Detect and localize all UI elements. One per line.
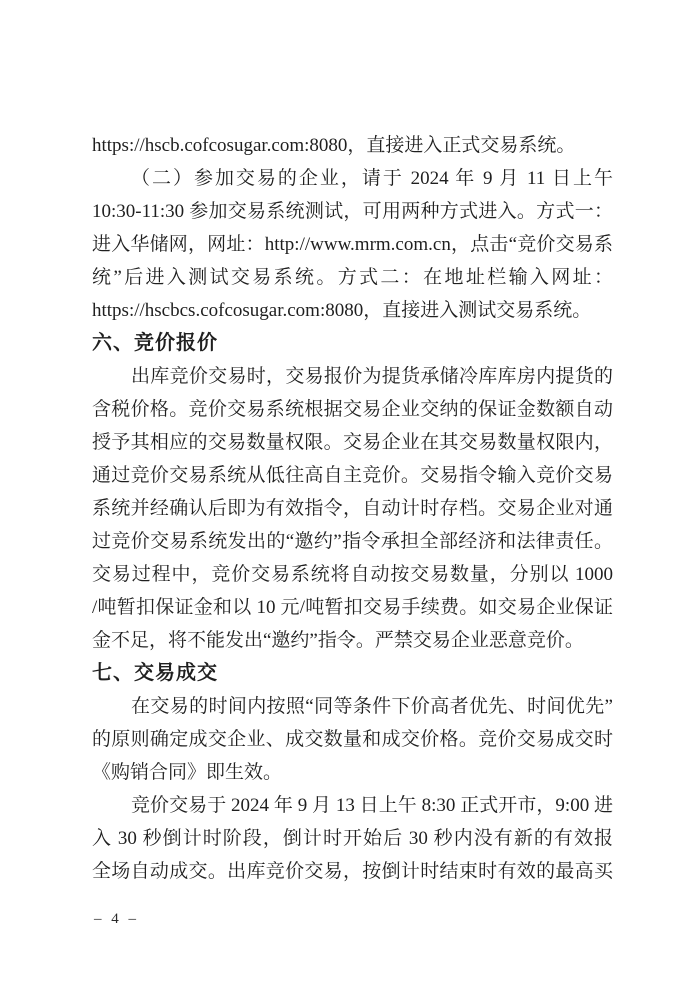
text-line: 的原则确定成交企业、成交数量和成交价格。竞价交易成交时 [92,723,613,756]
text-line: 系统并经确认后即为有效指令，自动计时存档。交易企业对通 [92,492,613,525]
text-line: https://hscbcs.cofcosugar.com:8080，直接进入测… [92,294,613,327]
text-line: /吨暂扣保证金和以 10 元/吨暂扣交易手续费。如交易企业保证 [92,591,613,624]
section-heading: 七、交易成交 [92,657,613,690]
text-line: 全场自动成交。出库竞价交易，按倒计时结束时有效的最高买 [92,855,613,888]
text-line: 进入华储网，网址：http://www.mrm.com.cn，点击“竞价交易系 [92,228,613,261]
text-line: （二）参加交易的企业，请于 2024 年 9 月 11 日上午 [92,162,613,195]
document-content: https://hscb.cofcosugar.com:8080，直接进入正式交… [92,129,613,888]
text-line: 统”后进入测试交易系统。方式二：在地址栏输入网址： [92,261,613,294]
text-line: https://hscb.cofcosugar.com:8080，直接进入正式交… [92,129,613,162]
text-line: 10:30-11:30 参加交易系统测试，可用两种方式进入。方式一： [92,195,613,228]
text-line: 《购销合同》即生效。 [92,756,613,789]
text-line: 过竞价交易系统发出的“邀约”指令承担全部经济和法律责任。 [92,525,613,558]
text-line: 含税价格。竞价交易系统根据交易企业交纳的保证金数额自动 [92,393,613,426]
text-line: 交易过程中，竞价交易系统将自动按交易数量，分别以 1000 元 [92,558,613,591]
text-line: 入 30 秒倒计时阶段，倒计时开始后 30 秒内没有新的有效报价， [92,822,613,855]
text-line: 出库竞价交易时，交易报价为提货承储冷库库房内提货的 [92,360,613,393]
document-page: https://hscb.cofcosugar.com:8080，直接进入正式交… [0,0,700,989]
text-line: 金不足，将不能发出“邀约”指令。严禁交易企业恶意竞价。 [92,624,613,657]
text-line: 通过竞价交易系统从低往高自主竞价。交易指令输入竞价交易 [92,459,613,492]
text-line: 授予其相应的交易数量权限。交易企业在其交易数量权限内， [92,426,613,459]
text-line: 在交易的时间内按照“同等条件下价高者优先、时间优先” [92,690,613,723]
text-line: 竞价交易于 2024 年 9 月 13 日上午 8:30 正式开市，9:00 进 [92,789,613,822]
page-number: – 4 – [94,906,139,932]
section-heading: 六、竞价报价 [92,327,613,360]
